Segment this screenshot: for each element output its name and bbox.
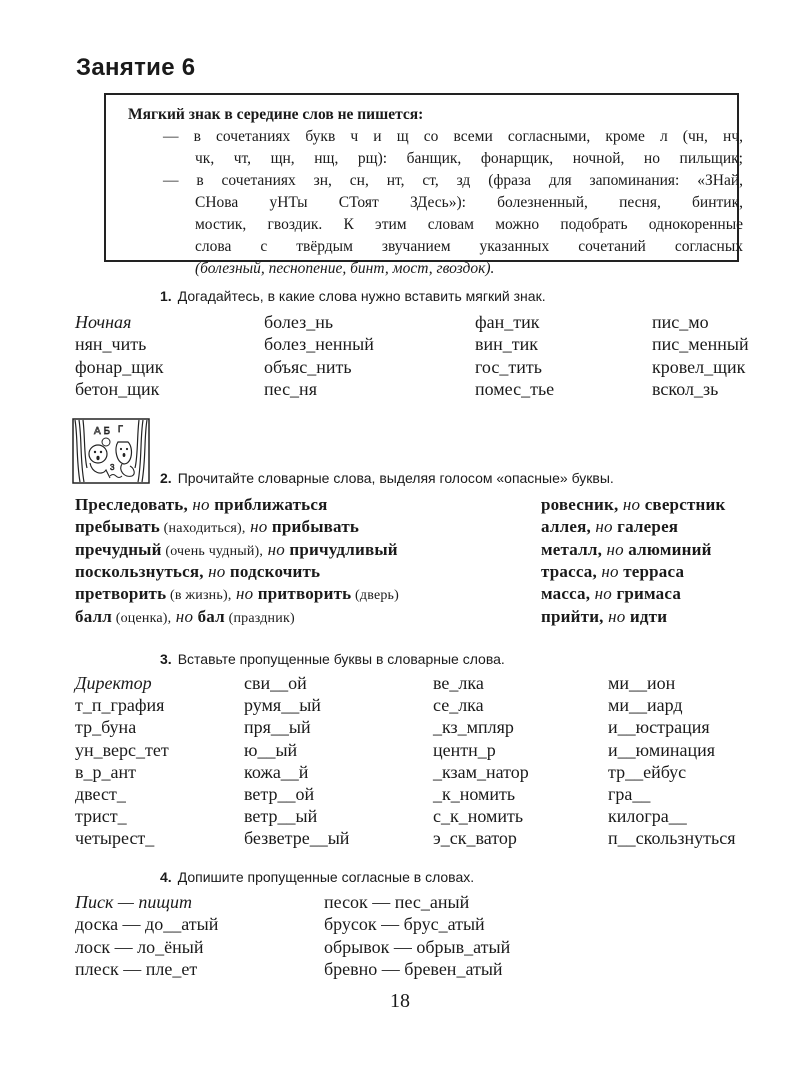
rule-item-1-line-2: чк, чт, щн, нщ, рщ): банщик, фонарщик, н… bbox=[195, 149, 743, 169]
task-1-word: кровел_щик bbox=[652, 356, 745, 378]
task-3-word: килогра__ bbox=[608, 805, 687, 827]
task-1-instruction: Догадайтесь, в какие слова нужно вставит… bbox=[178, 288, 546, 304]
task-2-number: 2. bbox=[160, 470, 172, 486]
theater-illustration-icon: А Б Г 3 bbox=[72, 418, 150, 484]
task-2-left-line: поскользнуться, но подскочить bbox=[75, 561, 320, 583]
task-2-right-line: прийти, но идти bbox=[541, 606, 667, 628]
task-4-word: Писк — пищит bbox=[75, 891, 192, 913]
task-3-word: с_к_номить bbox=[433, 805, 523, 827]
task-3-word: э_ск_ватор bbox=[433, 827, 517, 849]
task-1-word: фан_тик bbox=[475, 311, 540, 333]
task-1-word: бетон_щик bbox=[75, 378, 159, 400]
task-3-word: ми__ион bbox=[608, 672, 675, 694]
task-2-left-line: балл (оценка), но бал (праздник) bbox=[75, 606, 295, 630]
lesson-title: Занятие 6 bbox=[76, 54, 195, 82]
task-4-word: брусок — брус_атый bbox=[324, 913, 485, 935]
task-3-word: пря__ый bbox=[244, 716, 311, 738]
task-1-word: помес_тье bbox=[475, 378, 554, 400]
task-1-word: фонар_щик bbox=[75, 356, 164, 378]
svg-text:А Б: А Б bbox=[94, 426, 110, 437]
task-1-word: пис_мо bbox=[652, 311, 709, 333]
task-4-word: песок — пес_аный bbox=[324, 891, 469, 913]
task-1-word: болез_нь bbox=[264, 311, 333, 333]
task-1-word: вин_тик bbox=[475, 333, 538, 355]
task-3-word: и__юминация bbox=[608, 739, 715, 761]
task-3-word: ун_верс_тет bbox=[75, 739, 169, 761]
task-1-header: 1.Догадайтесь, в какие слова нужно встав… bbox=[160, 288, 546, 304]
rule-item-2-line-1: — в сочетаниях зн, сн, нт, ст, зд (фраза… bbox=[163, 171, 743, 191]
task-4-header: 4.Допишите пропущенные согласные в слова… bbox=[160, 869, 474, 885]
task-2-left-line: Преследовать, но приближаться bbox=[75, 494, 328, 516]
task-3-word: тр_буна bbox=[75, 716, 136, 738]
rule-item-2-line-3: мостик, гвоздик. К этим словам можно под… bbox=[195, 215, 743, 235]
task-1-word: пес_ня bbox=[264, 378, 317, 400]
task-1-word: нян_чить bbox=[75, 333, 146, 355]
task-3-word: Директор bbox=[75, 672, 152, 694]
task-3-word: трист_ bbox=[75, 805, 127, 827]
task-3-word: гра__ bbox=[608, 783, 650, 805]
task-2-right-line: ровесник, но сверстник bbox=[541, 494, 726, 516]
rule-heading: Мягкий знак в середине слов не пишется: bbox=[128, 105, 423, 125]
task-3-word: тр__ейбус bbox=[608, 761, 686, 783]
task-3-word: ветр__ой bbox=[244, 783, 314, 805]
task-4-word: плеск — пле_ет bbox=[75, 958, 197, 980]
task-2-right-line: трасса, но терраса bbox=[541, 561, 684, 583]
task-2-right-line: масса, но гримаса bbox=[541, 583, 681, 605]
task-2-left-line: пребывать (находиться), но прибывать bbox=[75, 516, 359, 540]
task-3-word: се_лка bbox=[433, 694, 484, 716]
page-number: 18 bbox=[0, 990, 800, 1013]
rule-item-2-line-5: (болезный, песнопение, бинт, мост, гвозд… bbox=[195, 259, 494, 279]
task-4-number: 4. bbox=[160, 869, 172, 885]
task-3-instruction: Вставьте пропущенные буквы в словарные с… bbox=[178, 651, 505, 667]
task-3-word: _кзам_натор bbox=[433, 761, 529, 783]
task-3-word: и__юстрация bbox=[608, 716, 710, 738]
task-2-instruction: Прочитайте словарные слова, выделяя голо… bbox=[178, 470, 614, 486]
svg-text:3: 3 bbox=[110, 463, 115, 472]
task-3-word: _кз_мпляр bbox=[433, 716, 514, 738]
task-3-word: румя__ый bbox=[244, 694, 321, 716]
task-3-word: ветр__ый bbox=[244, 805, 317, 827]
task-3-word: безветре__ый bbox=[244, 827, 349, 849]
task-3-word: ми__иард bbox=[608, 694, 683, 716]
rule-item-2-line-4: слова с твёрдым звучанием указанных соче… bbox=[195, 237, 743, 257]
task-2-right-line: аллея, но галерея bbox=[541, 516, 678, 538]
task-3-word: сви__ой bbox=[244, 672, 307, 694]
task-2-header: 2.Прочитайте словарные слова, выделяя го… bbox=[160, 470, 614, 486]
task-1-word: объяс_нить bbox=[264, 356, 352, 378]
task-3-word: ю__ый bbox=[244, 739, 297, 761]
task-4-word: доска — до__атый bbox=[75, 913, 218, 935]
task-1-word: болез_ненный bbox=[264, 333, 374, 355]
task-3-word: _к_номить bbox=[433, 783, 515, 805]
task-4-word: лоск — ло_ёный bbox=[75, 936, 204, 958]
task-3-word: кожа__й bbox=[244, 761, 308, 783]
task-4-instruction: Допишите пропущенные согласные в словах. bbox=[178, 869, 474, 885]
task-3-word: четырест_ bbox=[75, 827, 154, 849]
task-3-number: 3. bbox=[160, 651, 172, 667]
rule-item-1-line-1: — в сочетаниях букв ч и щ со всеми согла… bbox=[163, 127, 743, 147]
task-3-word: ве_лка bbox=[433, 672, 484, 694]
task-1-word: гос_тить bbox=[475, 356, 542, 378]
rule-item-2-line-2: СНова уНТы СТоят ЗДесь»): болезненный, п… bbox=[195, 193, 743, 213]
task-3-word: п__скользнуться bbox=[608, 827, 736, 849]
svg-text:Г: Г bbox=[118, 424, 123, 434]
task-3-header: 3.Вставьте пропущенные буквы в словарные… bbox=[160, 651, 505, 667]
task-1-word: пис_менный bbox=[652, 333, 749, 355]
task-3-word: двест_ bbox=[75, 783, 126, 805]
rule-box: Мягкий знак в середине слов не пишется: … bbox=[104, 93, 739, 262]
task-3-word: центн_р bbox=[433, 739, 496, 761]
task-2-left-line: пречудный (очень чудный), но причудливый bbox=[75, 539, 398, 563]
task-1-word: Ночная bbox=[75, 311, 131, 333]
task-2-right-line: металл, но алюминий bbox=[541, 539, 712, 561]
task-3-word: в_р_ант bbox=[75, 761, 136, 783]
task-4-word: бревно — бревен_атый bbox=[324, 958, 503, 980]
task-2-left-line: претворить (в жизнь), но притворить (две… bbox=[75, 583, 399, 607]
task-3-word: т_п_графия bbox=[75, 694, 164, 716]
task-1-word: вскол_зь bbox=[652, 378, 718, 400]
task-4-word: обрывок — обрыв_атый bbox=[324, 936, 510, 958]
task-1-number: 1. bbox=[160, 288, 172, 304]
